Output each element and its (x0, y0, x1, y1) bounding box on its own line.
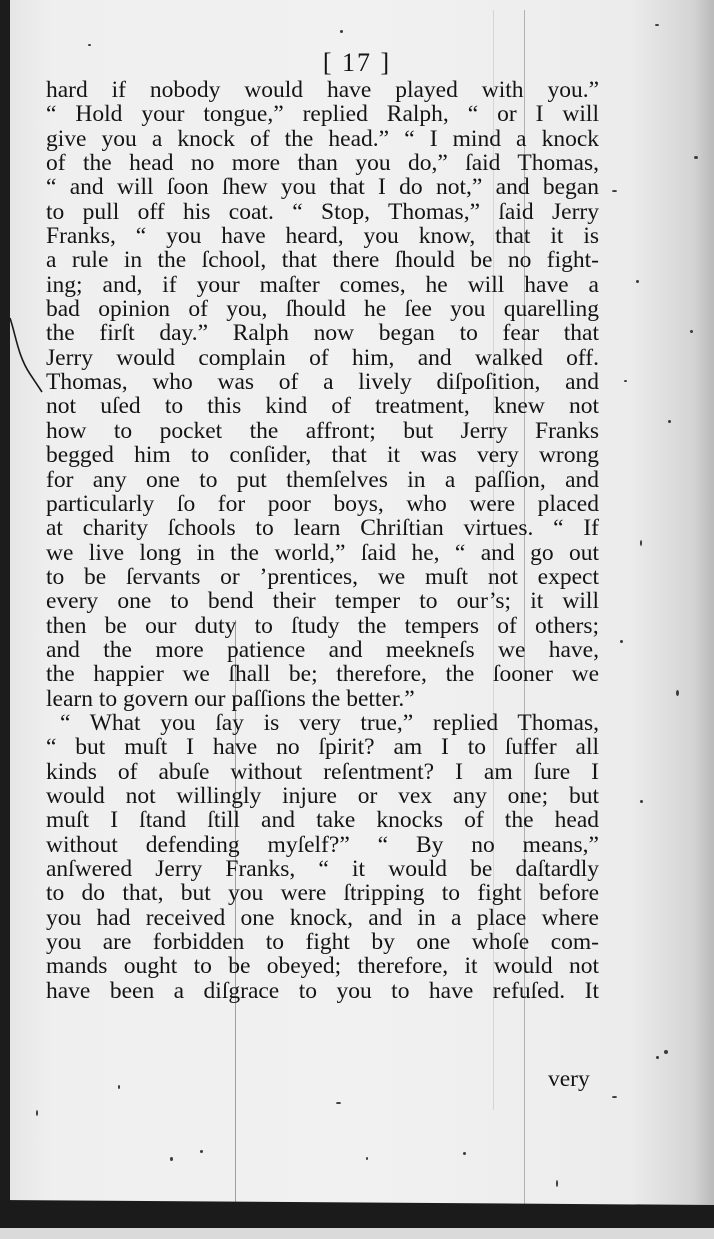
page-number: [ 17 ] (0, 48, 714, 78)
scanned-page: [ 17 ] hard if nobody would have played … (0, 0, 714, 1239)
text-line: the firſt day.” Ralph now began to fear … (46, 321, 599, 345)
paper-speck (366, 1157, 368, 1160)
text-line: “ What you ſay is very true,” replied Th… (46, 711, 599, 735)
text-line: particularly ſo for poor boys, who were … (46, 492, 599, 516)
catchword: very (548, 1066, 590, 1093)
paper-speck (200, 1150, 203, 1153)
text-line: without defending myſelf?” “ By no means… (46, 833, 599, 857)
text-line: you had received one knock, and in a pla… (46, 906, 599, 930)
paper-speck (690, 330, 693, 333)
paper-speck (694, 156, 698, 159)
text-line: have been a diſgrace to you to have refu… (46, 979, 599, 1003)
text-line: to be ſervants or ’prentices, we muſt no… (46, 565, 599, 589)
text-line: Thomas, who was of a lively diſpoſition,… (46, 370, 599, 394)
text-line: Jerry would complain of him, and walked … (46, 346, 599, 370)
text-line: you are forbidden to fight by one whoſe … (46, 930, 599, 954)
text-line: how to pocket the affront; but Jerry Fra… (46, 419, 599, 443)
text-line: learn to govern our paſſions the better.… (46, 687, 599, 711)
paper-speck (36, 1110, 38, 1116)
text-line: every one to bend their temper to our’s;… (46, 589, 599, 613)
text-line: would not willingly injure or vex any on… (46, 784, 599, 808)
text-line: at charity ſchools to learn Chriſtian vi… (46, 516, 599, 540)
paper-speck (664, 1050, 668, 1054)
text-line: kinds of abuſe without reſentment? I am … (46, 760, 599, 784)
paper-speck (556, 1180, 558, 1187)
text-line: give you a knock of the head.” “ I mind … (46, 127, 599, 151)
text-line: bad opinion of you, ſhould he ſee you qu… (46, 297, 599, 321)
text-line: the happier we ſhall be; therefore, the … (46, 662, 599, 686)
scan-bottom-strip (0, 1228, 714, 1239)
paper-speck (620, 640, 623, 643)
text-line: then be our duty to ſtudy the tempers of… (46, 614, 599, 638)
text-line: ing; and, if your maſter comes, he will … (46, 273, 599, 297)
paper-speck (640, 540, 642, 546)
margin-pen-mark-icon (4, 316, 44, 396)
paper-speck (612, 190, 617, 192)
text-line: we live long in the world,” ſaid he, “ a… (46, 541, 599, 565)
text-line: “ and will ſoon ſhew you that I do not,”… (46, 175, 599, 199)
paper-speck (640, 800, 643, 803)
text-line: “ Hold your tongue,” replied Ralph, “ or… (46, 102, 599, 126)
body-text: hard if nobody would have played with yo… (46, 78, 599, 1003)
text-line: to pull off his coat. “ Stop, Thomas,” ſ… (46, 200, 599, 224)
paper-speck (340, 30, 343, 33)
scan-left-border (0, 0, 10, 1239)
text-line: a rule in the ſchool, that there ſhould … (46, 248, 599, 272)
text-line: and the more patience and meekneſs we ha… (46, 638, 599, 662)
text-line: begged him to conſider, that it was very… (46, 443, 599, 467)
text-line: muſt I ſtand ſtill and take knocks of th… (46, 808, 599, 832)
paper-speck (656, 1056, 659, 1059)
paper-speck (170, 1157, 173, 1161)
paper-speck (88, 44, 91, 46)
paper-speck (118, 1085, 120, 1089)
text-line: hard if nobody would have played with yo… (46, 78, 599, 102)
text-line: not uſed to this kind of treatment, knew… (46, 394, 599, 418)
paper-speck (668, 420, 671, 423)
paper-speck (676, 690, 679, 696)
text-line: mands ought to be obeyed; therefore, it … (46, 954, 599, 978)
text-line: of the head no more than you do,” ſaid T… (46, 151, 599, 175)
paper-speck (463, 1152, 466, 1155)
text-line: for any one to put themſelves in a paſſi… (46, 468, 599, 492)
paper-speck (624, 380, 627, 382)
text-line: “ but muſt I have no ſpirit? am I to ſuf… (46, 735, 599, 759)
paper-speck (336, 1102, 341, 1104)
paper-speck (612, 1096, 617, 1098)
paper-speck (636, 280, 639, 283)
text-line: Franks, “ you have heard, you know, that… (46, 224, 599, 248)
text-line: to do that, but you were ſtripping to fi… (46, 881, 599, 905)
paper-speck (655, 24, 659, 26)
text-line: anſwered Jerry Franks, “ it would be daſ… (46, 857, 599, 881)
